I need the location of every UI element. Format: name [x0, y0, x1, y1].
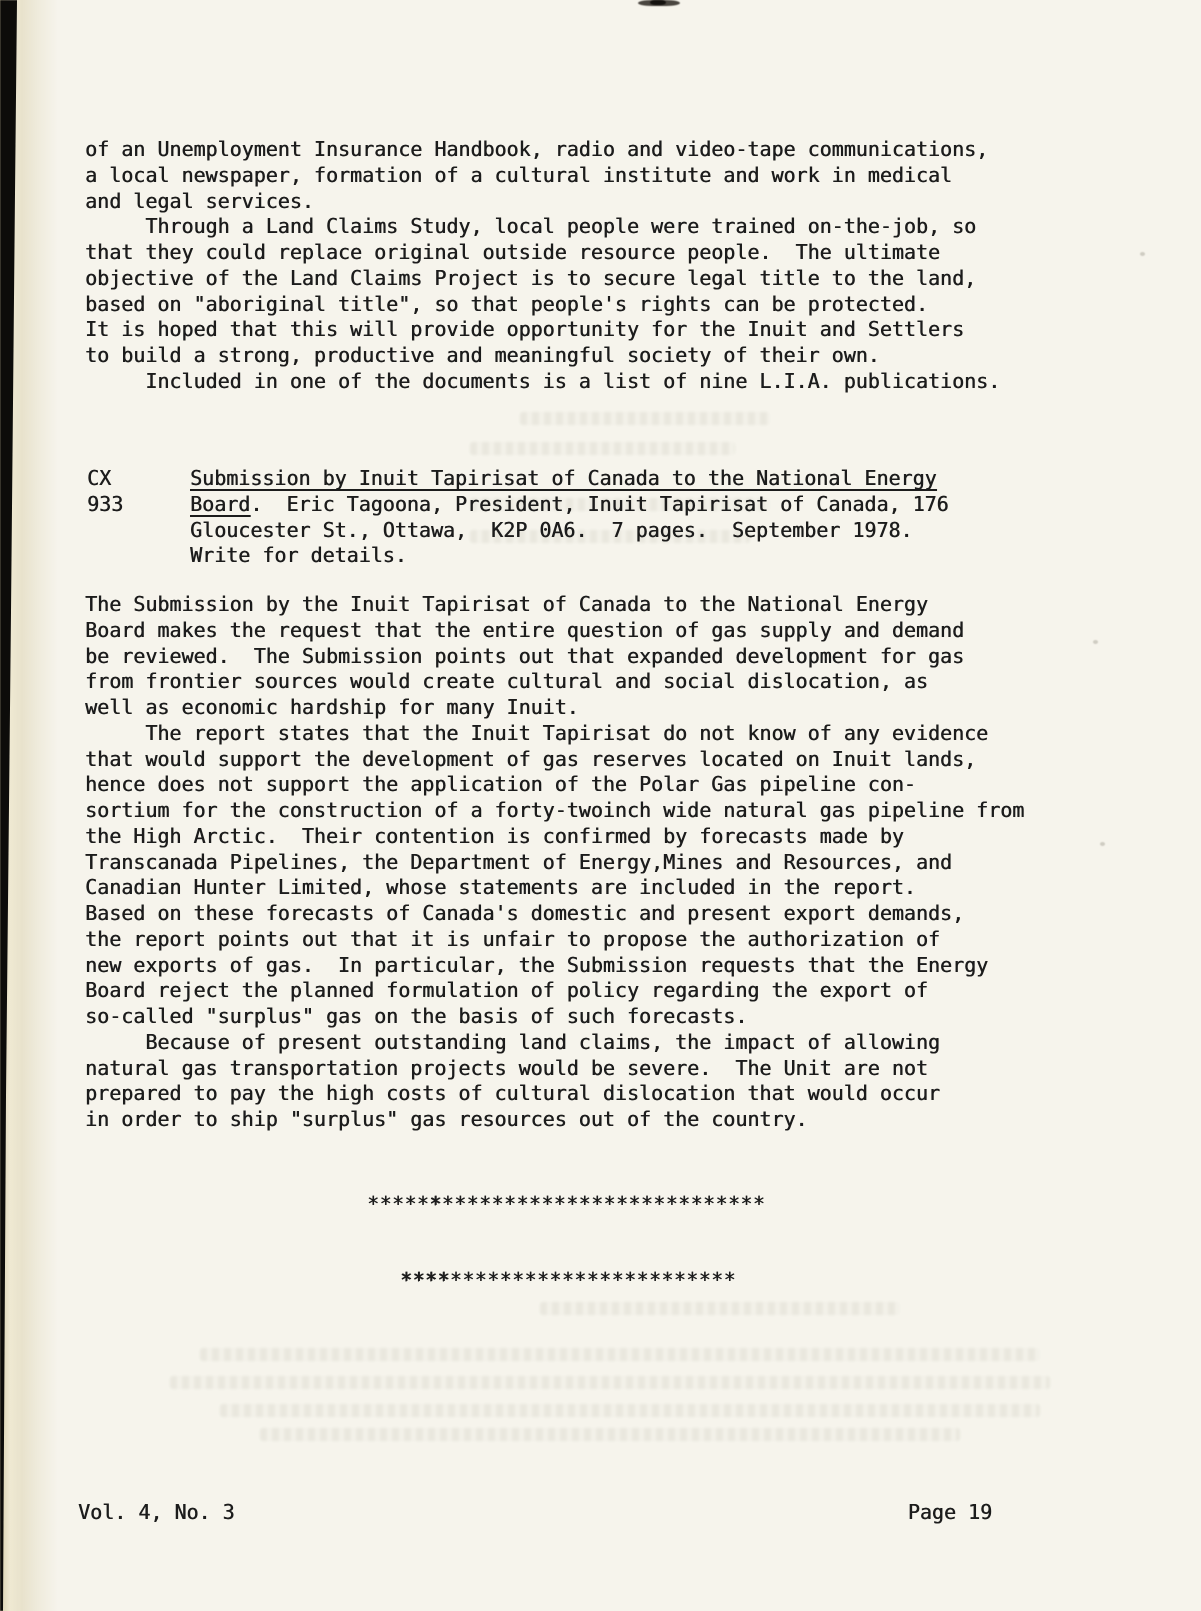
separator-stars-bold: * [429, 1192, 441, 1216]
document-page: of an Unemployment Insurance Handbook, r… [0, 0, 1201, 1611]
separator-stars-bold: **** [400, 1268, 450, 1292]
bleedthrough-smudge [170, 1376, 1050, 1389]
body-paragraphs: The Submission by the Inuit Tapirisat of… [85, 592, 1024, 1133]
bleedthrough-smudge [520, 412, 770, 425]
citation-entry: CX 933 Submission by Inuit Tapirisat of … [87, 466, 949, 569]
citation-address-line: Gloucester St., Ottawa, K2P 0A6. 7 pages… [190, 518, 912, 542]
citation-code-number: 933 [87, 492, 123, 516]
scan-smudge [650, 0, 666, 5]
citation-author-info: . Eric Tagoona, President, Inuit Tapiris… [250, 492, 948, 516]
bleedthrough-smudge [200, 1348, 1040, 1361]
scan-speck [1140, 252, 1145, 256]
scan-speck [1100, 842, 1105, 846]
page-footer: Vol. 4, No. 3 Page 19 [78, 1500, 992, 1526]
citation-text: Submission by Inuit Tapirisat of Canada … [190, 466, 949, 569]
footer-page-number: Page 19 [908, 1500, 992, 1526]
separator-stars: *********************** [450, 1268, 736, 1292]
separator-stars: ************************** [442, 1192, 765, 1216]
bleedthrough-smudge [540, 1302, 900, 1315]
bleedthrough-smudge [220, 1404, 1040, 1417]
intro-paragraphs: of an Unemployment Insurance Handbook, r… [85, 137, 1000, 395]
citation-write-line: Write for details. [190, 543, 407, 567]
bleedthrough-smudge [470, 442, 735, 455]
separator-stars: ***** [367, 1192, 429, 1216]
scan-speck [1093, 640, 1098, 644]
citation-code: CX 933 [87, 466, 190, 569]
separator-line-1: ******************************** [367, 1192, 765, 1218]
citation-code-cx: CX [87, 466, 111, 490]
footer-volume-label: Vol. 4, No. 3 [78, 1500, 235, 1526]
bleedthrough-smudge [260, 1428, 960, 1441]
citation-title-line1: Submission by Inuit Tapirisat of Canada … [190, 466, 937, 490]
separator-line-2: *************************** [400, 1268, 736, 1294]
citation-title-line2: Board [190, 492, 250, 516]
